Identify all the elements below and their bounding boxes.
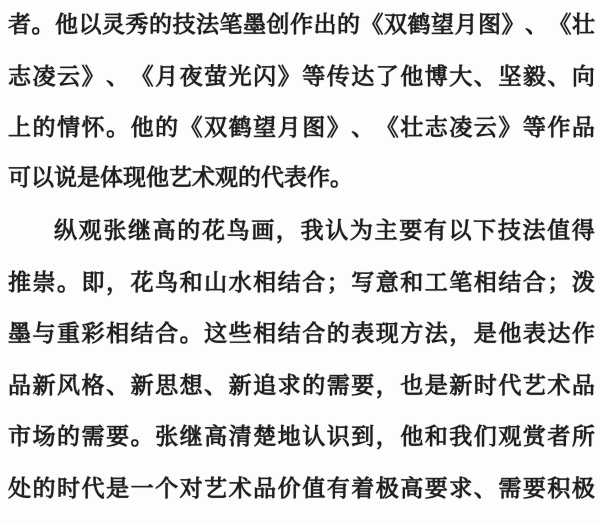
text-line: 处的时代是一个对艺术品价值有着极高要求、需要积极 [8, 461, 595, 513]
text-line: 品新风格、新思想、新追求的需要，也是新时代艺术品 [8, 358, 595, 410]
text-line: 志凌云》、《月夜萤光闪》等传达了他博大、坚毅、向 [8, 49, 595, 101]
text-line: 墨与重彩相结合。这些相结合的表现方法，是他表达作 [8, 306, 595, 358]
text-line: 者。他以灵秀的技法笔墨创作出的《双鹤望月图》、《壮 [8, 0, 595, 49]
text-line: 可以说是体现他艺术观的代表作。 [8, 152, 595, 204]
scanned-document-page: 者。他以灵秀的技法笔墨创作出的《双鹤望月图》、《壮志凌云》、《月夜萤光闪》等传达… [0, 0, 600, 522]
text-line: 上的情怀。他的《双鹤望月图》、《壮志凌云》等作品 [8, 100, 595, 152]
document-text-block: 者。他以灵秀的技法笔墨创作出的《双鹤望月图》、《壮志凌云》、《月夜萤光闪》等传达… [8, 0, 595, 512]
text-line: 推崇。即，花鸟和山水相结合；写意和工笔相结合；泼 [8, 255, 595, 307]
text-line: 纵观张继高的花鸟画，我认为主要有以下技法值得 [8, 203, 595, 255]
text-line: 市场的需要。张继高清楚地认识到，他和我们观赏者所 [8, 409, 595, 461]
